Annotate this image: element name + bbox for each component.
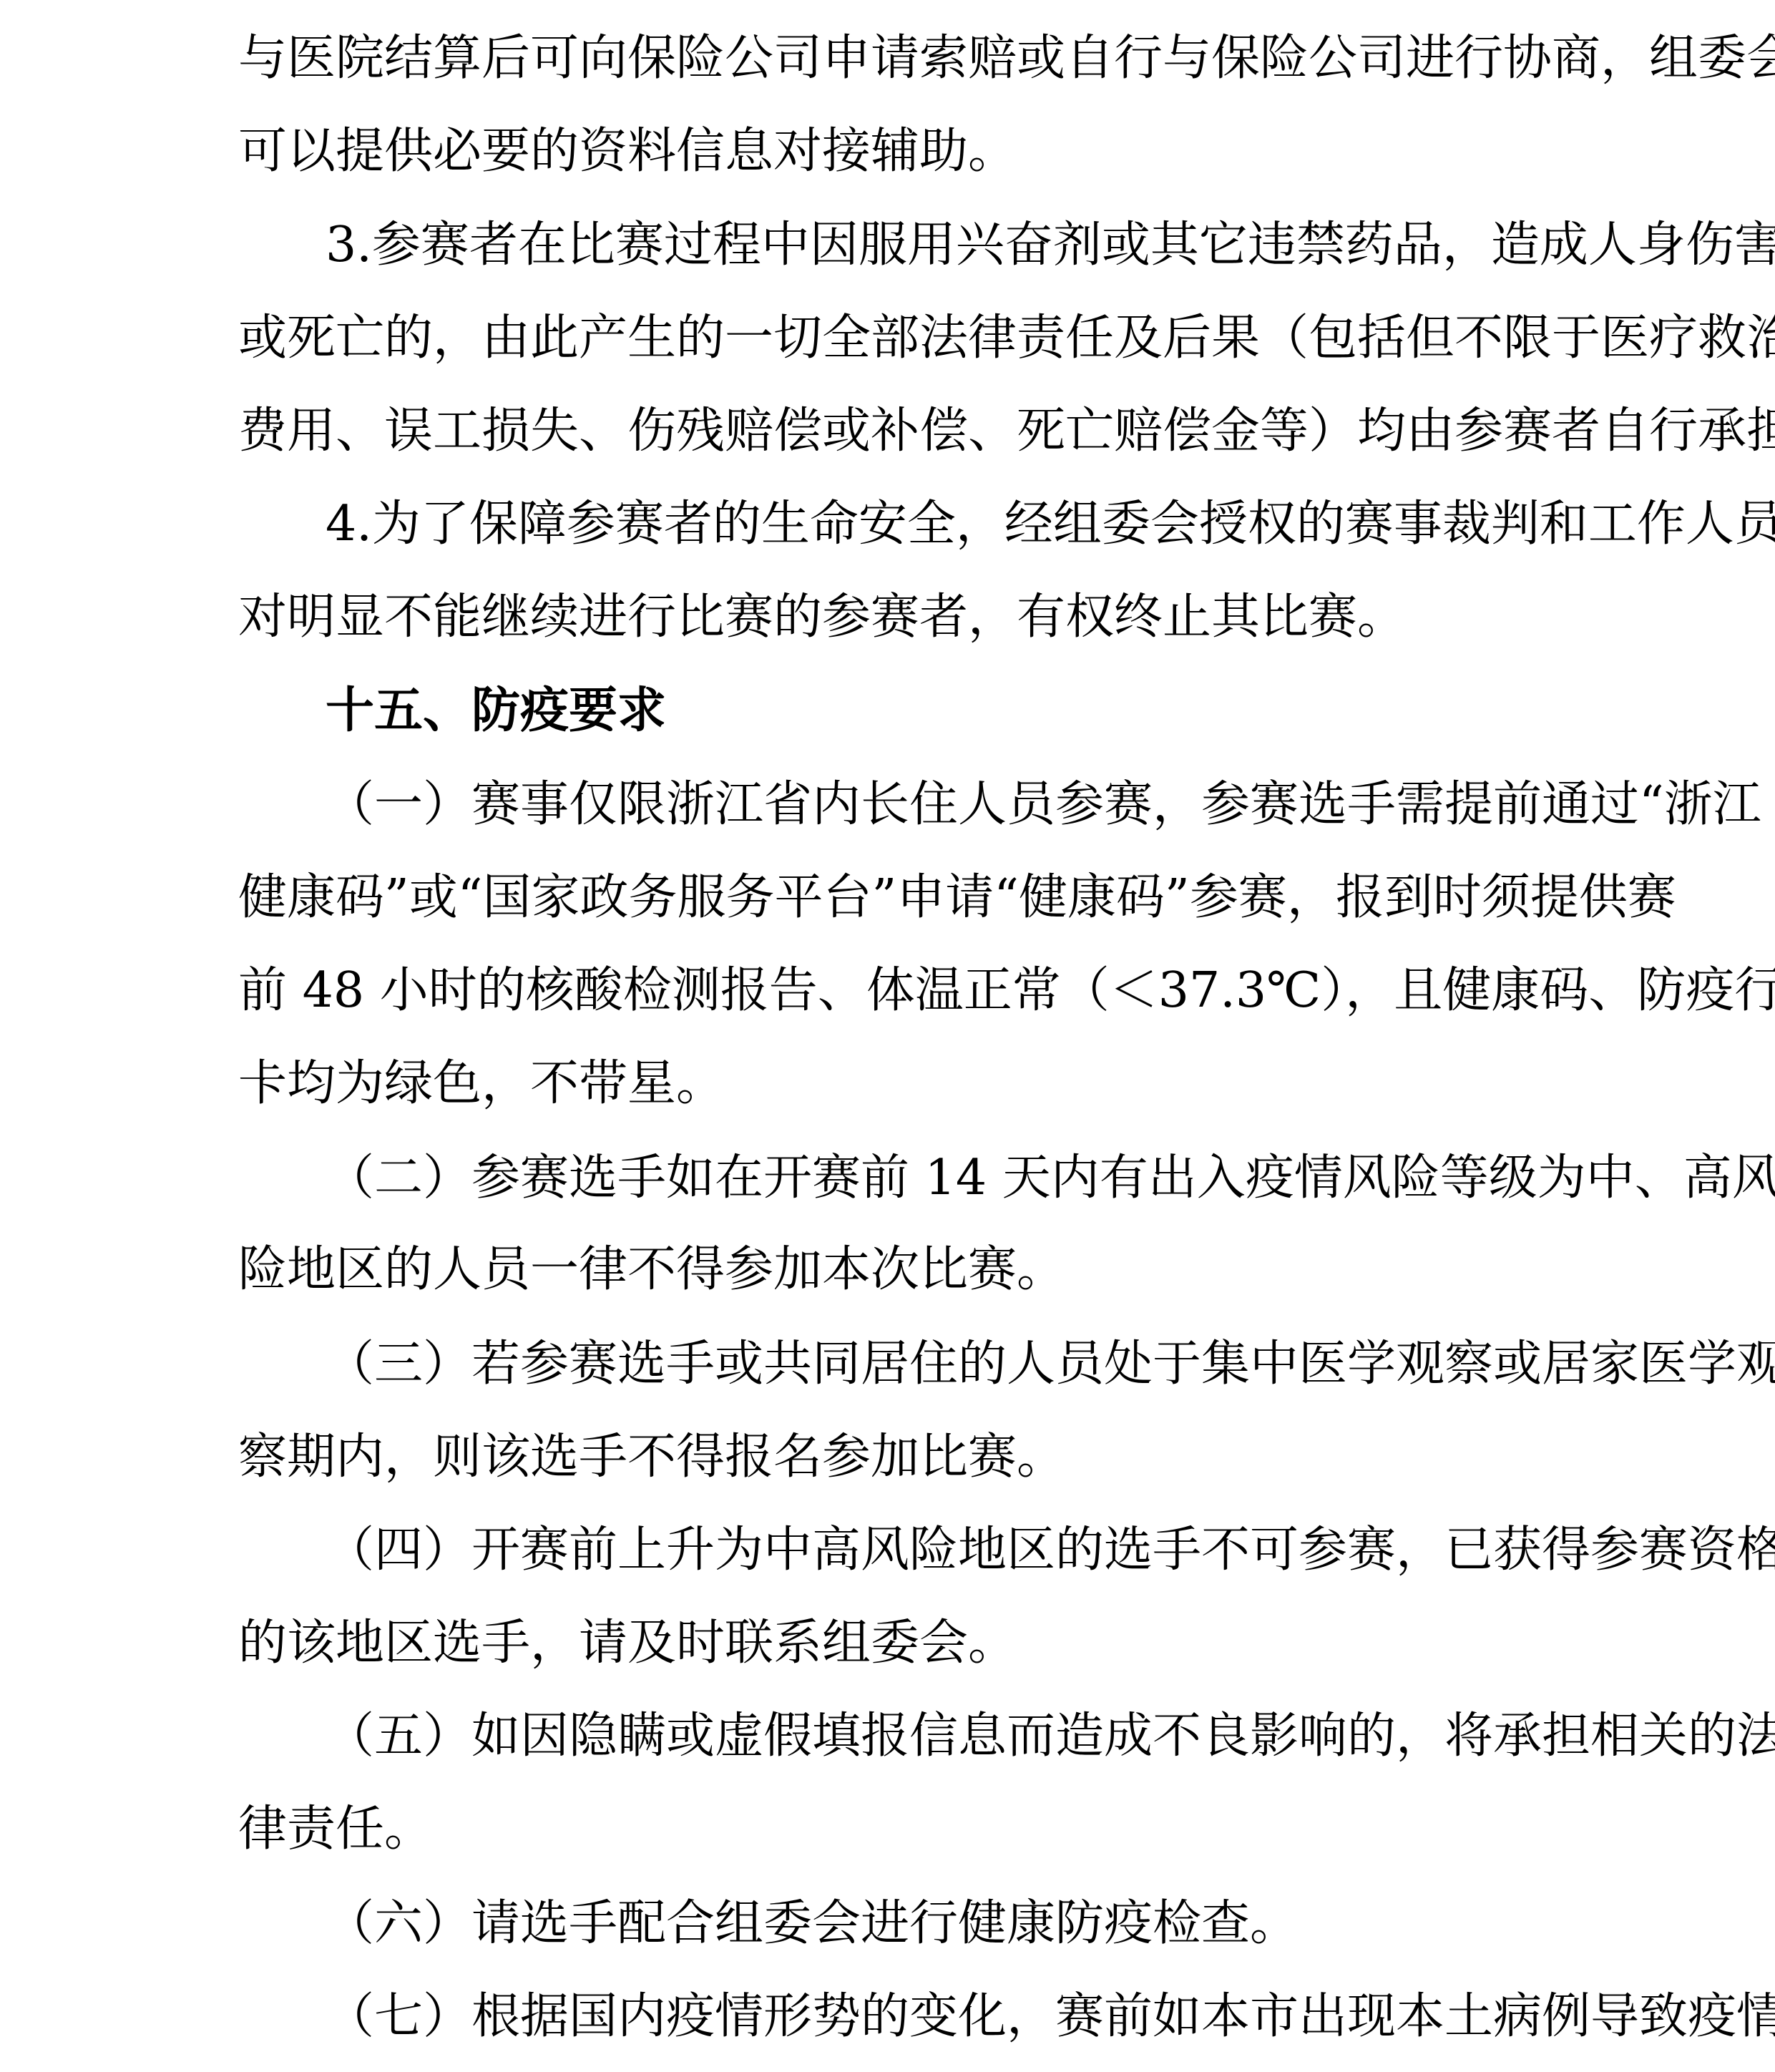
paragraph-line: 前 48 小时的核酸检测报告、体温正常（＜37.3℃），且健康码、防疫行程	[238, 962, 1775, 1020]
paragraph-line: 费用、误工损失、伤残赔偿或补偿、死亡赔偿金等）均由参赛者自行承担。	[238, 403, 1775, 460]
paragraph-line: 险地区的人员一律不得参加本次比赛。	[238, 1241, 1065, 1299]
paragraph-line-item-4: 4.为了保障参赛者的生命安全，经组委会授权的赛事裁判和工作人员	[326, 496, 1775, 553]
paragraph-line-clause-1: （一）赛事仅限浙江省内长住人员参赛，参赛选手需提前通过“浙江	[326, 776, 1761, 834]
paragraph-line-clause-6: （六）请选手配合组委会进行健康防疫检查。	[326, 1895, 1299, 1953]
paragraph-line: 卡均为绿色，不带星。	[238, 1055, 725, 1113]
paragraph-line-clause-5: （五）如因隐瞒或虚假填报信息而造成不良影响的，将承担相关的法	[326, 1708, 1775, 1765]
paragraph-line-clause-3: （三）若参赛选手或共同居住的人员处于集中医学观察或居家医学观	[326, 1336, 1775, 1393]
paragraph-line: 与医院结算后可向保险公司申请索赔或自行与保险公司进行协商，组委会	[238, 30, 1775, 87]
paragraph-line: 的该地区选手，请及时联系组委会。	[238, 1615, 1017, 1672]
paragraph-line-clause-2: （二）参赛选手如在开赛前 14 天内有出入疫情风险等级为中、高风	[326, 1150, 1775, 1207]
paragraph-line: 对明显不能继续进行比赛的参赛者，有权终止其比赛。	[238, 589, 1406, 646]
paragraph-line-item-3: 3.参赛者在比赛过程中因服用兴奋剂或其它违禁药品，造成人身伤害	[326, 217, 1775, 274]
section-heading: 十五、防疫要求	[326, 682, 666, 739]
paragraph-line-clause-4: （四）开赛前上升为中高风险地区的选手不可参赛，已获得参赛资格	[326, 1522, 1775, 1579]
paragraph-line: 察期内，则该选手不得报名参加比赛。	[238, 1429, 1065, 1486]
paragraph-line-clause-7: （七）根据国内疫情形势的变化，赛前如本市出现本土病例导致疫情	[326, 1988, 1775, 2046]
paragraph-line: 可以提供必要的资料信息对接辅助。	[238, 123, 1017, 180]
paragraph-line: 健康码”或“国家政务服务平台”申请“健康码”参赛，报到时须提供赛	[238, 869, 1676, 927]
paragraph-line: 或死亡的，由此产生的一切全部法律责任及后果（包括但不限于医疗救治	[238, 310, 1775, 367]
paragraph-line: 律责任。	[238, 1801, 433, 1858]
